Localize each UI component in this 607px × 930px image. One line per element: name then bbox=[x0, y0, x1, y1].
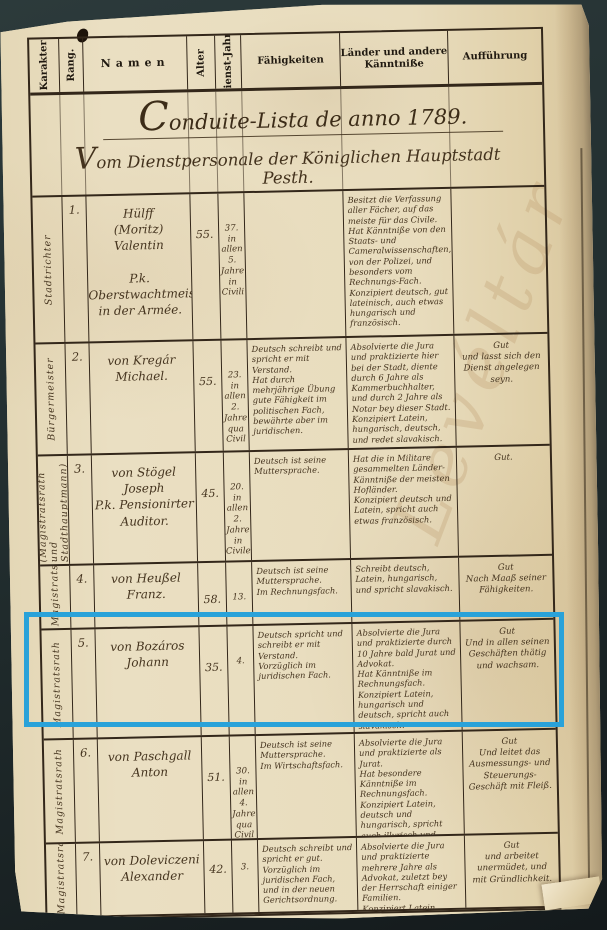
column-header-namen: Namen bbox=[83, 36, 188, 91]
page-torn-edge bbox=[554, 0, 607, 914]
column-header-karakter: Karakter bbox=[29, 39, 60, 93]
column-header-dienstjahre: Dienst-Jahre bbox=[215, 35, 242, 89]
cell-faehigkeiten bbox=[244, 191, 346, 338]
cell-alter: 55. bbox=[193, 341, 223, 452]
cell-laender: Hat die in Militare gesammelten Länder-K… bbox=[349, 448, 459, 558]
cell-laender: Absolvierte die Jura und praktizierte al… bbox=[355, 732, 465, 836]
table-row-6: Magistratsrath 6. von Paschgall Anton 51… bbox=[44, 730, 558, 845]
cell-faehigkeiten: Deutsch ist seine Muttersprache. Im Wirt… bbox=[256, 734, 357, 838]
cell-auffuehrung bbox=[451, 187, 547, 334]
cell-dienstjahre: 30. in allen 4. Jahre qua Civil bbox=[230, 736, 258, 839]
cell-alter: 45. bbox=[196, 453, 226, 562]
table-row-2: Bürgermeister 2. von Kregár Michael. 55.… bbox=[35, 334, 549, 457]
conduite-table: Karakter Rang. Namen Alter Dienst-Jahre … bbox=[27, 27, 561, 921]
column-header-auffuehrung: Aufführung bbox=[448, 29, 542, 84]
cell-alter: 51. bbox=[202, 737, 232, 840]
scanned-document-page: Levéltár Karakter Rang. Namen Alter Dien… bbox=[0, 0, 607, 926]
cell-auffuehrung: Gut Und leitet das Ausmessungs- und Steu… bbox=[463, 730, 558, 834]
cell-dienstjahre: 23. in allen 2. Jahre qua Civil bbox=[221, 340, 249, 451]
cell-name: Hülff (Moritz) Valentin P.k. Oberstwacht… bbox=[86, 194, 193, 341]
table-row-1: Stadtrichter 1. Hülff (Moritz) Valentin … bbox=[32, 187, 547, 345]
cell-dienstjahre: 37. in allen 5. Jahre in Civili bbox=[218, 193, 247, 339]
cell-rang: 7. bbox=[76, 843, 102, 915]
row-highlight-rectangle[interactable] bbox=[24, 612, 564, 727]
cell-dienstjahre: 3. bbox=[232, 840, 260, 913]
cell-laender: Absolvierte die Jura und praktizierte me… bbox=[357, 836, 466, 910]
cell-rang: 1. bbox=[62, 196, 89, 341]
cell-rang: 6. bbox=[74, 739, 100, 841]
cell-faehigkeiten: Deutsch ist seine Muttersprache. bbox=[250, 450, 351, 560]
column-header-laender: Länder und andere Känntniße bbox=[340, 31, 449, 86]
cell-faehigkeiten: Deutsch schreibt und spricht er gut. Vor… bbox=[258, 838, 358, 912]
cell-laender: Besitzt die Verfassung aller Fächer, auf… bbox=[343, 189, 454, 336]
column-header-alter: Alter bbox=[187, 36, 216, 90]
cell-auffuehrung: Gut und lasst sich den Dienst angelegen … bbox=[454, 334, 549, 446]
table-row-7: Magistratsrath 7. von Doleviczeni Alexan… bbox=[46, 834, 559, 919]
cell-rang: 3. bbox=[68, 455, 94, 563]
table-row-3: (Magistratsrath und Stadthauptmann) 3. v… bbox=[38, 446, 552, 567]
cell-name: von Paschgall Anton bbox=[98, 737, 204, 841]
column-header-rang: Rang. bbox=[59, 38, 84, 91]
cell-karakter: Magistratsrath bbox=[44, 740, 76, 843]
column-header-faehigkeiten: Fähigkeiten bbox=[241, 33, 341, 88]
cell-name: von Stögel Joseph P.k. Pensionirter Audi… bbox=[92, 453, 198, 563]
title-band bbox=[30, 85, 544, 198]
viewer-background: { "app": { "background_color": "#222E2F"… bbox=[0, 0, 607, 930]
cell-alter: 55. bbox=[190, 194, 221, 340]
cell-faehigkeiten: Deutsch schreibt und spricht er mit Vers… bbox=[247, 338, 348, 450]
cell-karakter: (Magistratsrath und Stadthauptmann) bbox=[38, 456, 70, 565]
cell-rang: 2. bbox=[65, 343, 91, 453]
cell-laender: Absolvierte die Jura und praktizierte hi… bbox=[346, 336, 456, 448]
cell-karakter: Stadtrichter bbox=[32, 197, 65, 343]
cell-karakter: Magistratsrath bbox=[46, 844, 78, 917]
cell-alter: 42. bbox=[204, 841, 234, 914]
cell-auffuehrung: Gut. bbox=[457, 446, 552, 556]
cell-dienstjahre: 20. in allen 2. Jahre in Civile bbox=[224, 452, 252, 561]
cell-karakter: Bürgermeister bbox=[35, 344, 67, 455]
cell-auffuehrung: Gut Nach Maaß seiner Fähigkeiten. bbox=[459, 556, 553, 620]
cell-name: von Kregár Michael. bbox=[89, 341, 195, 453]
cell-name: von Doleviczeni Alexander bbox=[100, 841, 205, 915]
